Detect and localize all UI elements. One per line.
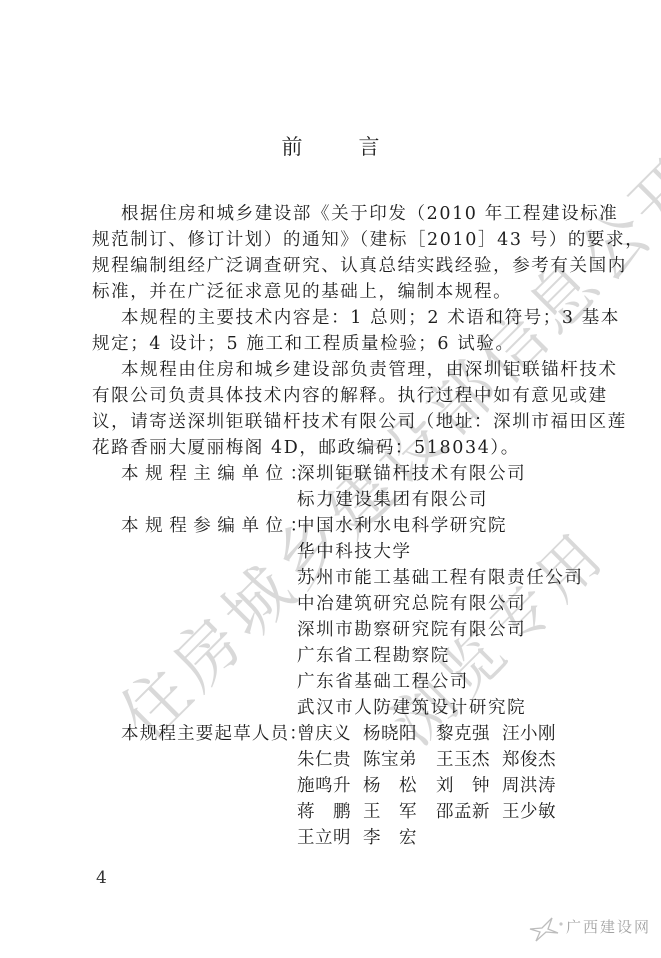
drafters-row: 曾庆义 杨晓阳 黎克强 汪小刚 [297, 721, 577, 747]
paragraph-line: 规程编制组经广泛调查研究、认真总结实践经验，参考有关国内 [92, 253, 568, 279]
chief-editor-units: 深圳钜联锚杆技术有限公司 标力建设集团有限公司 [297, 461, 526, 513]
paragraph-line: 花路香丽大厦丽梅阁 4D，邮政编码：518034）。 [92, 435, 568, 461]
drafter-name: 杨 松 [363, 773, 417, 799]
drafter-name: 汪小刚 [502, 721, 556, 747]
logo-text: 广西建设网 [566, 916, 651, 937]
drafter-name: 黎克强 [436, 721, 490, 747]
drafter-name: 曾庆义 [297, 721, 351, 747]
site-logo: 广西建设网 [528, 915, 656, 945]
drafters-label: 本规程主要起草人员： [121, 721, 297, 747]
drafters-row: 施鸣升 杨 松 刘 钟 周洪涛 [297, 773, 577, 799]
drafters-row: 朱仁贵 陈宝弟 王玉杰 郑俊杰 [297, 747, 577, 773]
paragraph-background: 根据住房和城乡建设部《关于印发（2010 年工程建设标准 规范制订、修订计划）的… [92, 201, 568, 305]
page-number: 4 [96, 868, 107, 888]
paragraph-management: 本规程由住房和城乡建设部负责管理，由深圳钜联锚杆技术 有限公司负责具体技术内容的… [92, 357, 568, 461]
star-icon [528, 915, 566, 943]
page-title: 前言 [0, 134, 661, 160]
unit-name: 武汉市人防建筑设计研究院 [297, 695, 584, 721]
drafter-name: 王少敏 [502, 799, 556, 825]
paragraph-contents: 本规程的主要技术内容是：1 总则；2 术语和符号；3 基本 规定；4 设计；5 … [92, 305, 568, 357]
drafter-name: 郑俊杰 [502, 747, 556, 773]
drafter-name: 王 军 [363, 799, 417, 825]
unit-name: 广东省基础工程公司 [297, 669, 584, 695]
unit-name: 华中科技大学 [297, 539, 584, 565]
paragraph-line: 标准，并在广泛征求意见的基础上，编制本规程。 [92, 279, 568, 305]
participating-label: 本规程参编单位： [121, 513, 297, 539]
paragraph-line: 规定；4 设计；5 施工和工程质量检验；6 试验。 [92, 331, 568, 357]
title-char-2: 言 [359, 134, 380, 160]
unit-name: 深圳钜联锚杆技术有限公司 [297, 461, 526, 487]
drafter-name: 施鸣升 [297, 773, 351, 799]
drafters-row: 蒋 鹏 王 军 邵孟新 王少敏 [297, 799, 577, 825]
unit-name: 中国水利水电科学研究院 [297, 513, 584, 539]
drafters-row: 王立明 李 宏 [297, 825, 577, 851]
paragraph-line: 本规程的主要技术内容是：1 总则；2 术语和符号；3 基本 [92, 305, 568, 331]
title-char-1: 前 [282, 134, 303, 160]
unit-name: 标力建设集团有限公司 [297, 487, 526, 513]
paragraph-line: 有限公司负责具体技术内容的解释。执行过程中如有意见或建 [92, 383, 568, 409]
paragraph-line: 本规程由住房和城乡建设部负责管理，由深圳钜联锚杆技术 [92, 357, 568, 383]
drafter-name: 邵孟新 [436, 799, 490, 825]
drafter-name: 朱仁贵 [297, 747, 351, 773]
paragraph-line: 根据住房和城乡建设部《关于印发（2010 年工程建设标准 [92, 201, 568, 227]
drafter-name: 周洪涛 [502, 773, 556, 799]
drafter-name: 王玉杰 [436, 747, 490, 773]
drafter-name: 王立明 [297, 825, 351, 851]
chief-editor-label: 本规程主编单位： [121, 461, 297, 487]
paragraph-line: 议，请寄送深圳钜联锚杆技术有限公司（地址：深圳市福田区莲 [92, 409, 568, 435]
drafter-name: 杨晓阳 [363, 721, 417, 747]
participating-units: 中国水利水电科学研究院 华中科技大学 苏州市能工基础工程有限责任公司 中冶建筑研… [297, 513, 584, 721]
drafters-list: 曾庆义 杨晓阳 黎克强 汪小刚 朱仁贵 陈宝弟 王玉杰 郑俊杰 施鸣升 杨 松 … [297, 721, 577, 851]
unit-name: 中冶建筑研究总院有限公司 [297, 591, 584, 617]
unit-name: 苏州市能工基础工程有限责任公司 [297, 565, 584, 591]
drafter-name: 陈宝弟 [363, 747, 417, 773]
drafter-name: 刘 钟 [436, 773, 490, 799]
drafter-name: 蒋 鹏 [297, 799, 351, 825]
paragraph-line: 规范制订、修订计划）的通知》（建标［2010］43 号）的要求， [92, 227, 568, 253]
drafter-name: 李 宏 [363, 825, 417, 851]
document-page: 住房城乡建设部信息公开 浏览专用 前言 根据住房和城乡建设部《关于印发（2010… [0, 0, 661, 958]
unit-name: 广东省工程勘察院 [297, 643, 584, 669]
unit-name: 深圳市勘察研究院有限公司 [297, 617, 584, 643]
